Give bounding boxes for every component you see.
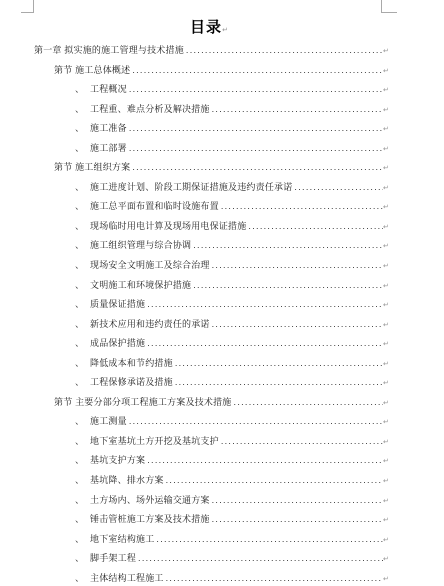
list-bullet: 、 xyxy=(75,256,84,276)
paragraph-mark-icon: ↵ xyxy=(383,198,390,218)
paragraph-mark-icon: ↵ xyxy=(383,570,390,586)
margin-crop-mark-top-right xyxy=(381,12,397,13)
dot-leader: ........................................… xyxy=(138,549,383,569)
dot-leader: ........................................… xyxy=(129,119,383,139)
toc-entry-text: 质量保证措施 xyxy=(90,295,145,315)
toc-entry[interactable]: 、降低成本和节约措施..............................… xyxy=(33,354,390,374)
toc-entry[interactable]: 、地下室结构施工................................… xyxy=(33,530,390,550)
list-bullet: 、 xyxy=(75,354,84,374)
toc-entry[interactable]: 、新技术应用和违约责任的承诺..........................… xyxy=(33,315,390,335)
toc-entry-text: 土方场内、场外运输交通方案 xyxy=(90,491,210,511)
paragraph-mark-icon: ↵ xyxy=(383,374,390,394)
margin-crop-mark-top-left xyxy=(21,12,34,13)
list-bullet: 、 xyxy=(75,100,84,120)
list-bullet: 、 xyxy=(75,236,84,256)
toc-entry[interactable]: 、锤击管桩施工方案及技术措施..........................… xyxy=(33,510,390,530)
list-bullet: 、 xyxy=(75,412,84,432)
paragraph-mark-icon: ↵ xyxy=(383,237,390,257)
paragraph-mark-icon: ↵ xyxy=(383,394,390,414)
dot-leader: ........................................… xyxy=(147,295,383,315)
dot-leader: ........................................… xyxy=(132,158,383,178)
toc-entry[interactable]: 、质量保证措施.................................… xyxy=(33,295,390,315)
dot-leader: ........................................… xyxy=(129,412,383,432)
dot-leader: ........................................… xyxy=(248,217,383,237)
toc-entry[interactable]: 、主体结构工程施工...............................… xyxy=(33,569,390,586)
dot-leader: ........................................… xyxy=(132,61,383,81)
list-bullet: 、 xyxy=(75,315,84,335)
toc-entry-text: 施工进度计划、阶段工期保证措施及违约责任承诺 xyxy=(90,178,292,198)
toc-entry[interactable]: 、施工进度计划、阶段工期保证措施及违约责任承诺.................… xyxy=(33,178,390,198)
list-bullet: 、 xyxy=(75,334,84,354)
toc-entry-text: 施工部署 xyxy=(90,139,127,159)
toc-entry[interactable]: 、工程重、难点分析及解决措施..........................… xyxy=(33,100,390,120)
list-bullet: 、 xyxy=(75,491,84,511)
dot-leader: ........................................… xyxy=(129,139,383,159)
toc-list: 第一章 拟实施的施工管理与技术措施.......................… xyxy=(33,41,390,586)
paragraph-mark-icon: ↵ xyxy=(383,120,390,140)
toc-entry[interactable]: 第节 施工组织方案...............................… xyxy=(33,158,390,178)
dot-leader: ........................................… xyxy=(166,471,383,491)
toc-entry-text: 文明施工和环境保护措施 xyxy=(90,276,191,296)
dot-leader: ........................................… xyxy=(212,491,383,511)
toc-entry-text: 工程概况 xyxy=(90,80,127,100)
toc-entry-text: 成品保护措施 xyxy=(90,334,145,354)
paragraph-mark-icon: ↵ xyxy=(383,433,390,453)
paragraph-mark-icon: ↵ xyxy=(383,101,390,121)
toc-entry-text: 第节 主要分部分项工程施工方案及技术措施 xyxy=(54,393,232,413)
dot-leader: ........................................… xyxy=(175,354,383,374)
list-bullet: 、 xyxy=(75,530,84,550)
paragraph-mark-icon: ↵ xyxy=(383,159,390,179)
toc-entry[interactable]: 、基坑降、排水方案...............................… xyxy=(33,471,390,491)
toc-entry-text: 施工测量 xyxy=(90,412,127,432)
toc-entry[interactable]: 、地下室基坑土方开挖及基坑支护.........................… xyxy=(33,432,390,452)
toc-entry[interactable]: 、工程概况...................................… xyxy=(33,80,390,100)
toc-entry[interactable]: 、土方场内、场外运输交通方案..........................… xyxy=(33,491,390,511)
toc-entry-text: 工程保修承诺及措施 xyxy=(90,373,173,393)
toc-entry-text: 施工组织管理与综合协调 xyxy=(90,236,191,256)
dot-leader: ........................................… xyxy=(129,80,383,100)
toc-entry-text: 地下室结构施工 xyxy=(90,530,154,550)
paragraph-mark-icon: ↵ xyxy=(383,492,390,512)
list-bullet: 、 xyxy=(75,510,84,530)
paragraph-mark-icon: ↵ xyxy=(383,472,390,492)
toc-entry[interactable]: 、文明施工和环境保护措施............................… xyxy=(33,276,390,296)
paragraph-mark-icon: ↵ xyxy=(383,531,390,551)
dot-leader: ........................................… xyxy=(193,276,383,296)
page-title-row: 目录↵ xyxy=(33,19,385,39)
dot-leader: ........................................… xyxy=(193,236,383,256)
toc-entry-text: 锤击管桩施工方案及技术措施 xyxy=(90,510,210,530)
list-bullet: 、 xyxy=(75,276,84,296)
paragraph-mark-icon: ↵ xyxy=(383,62,390,82)
toc-entry-text: 第一章 拟实施的施工管理与技术措施 xyxy=(34,41,184,61)
toc-entry-text: 第节 施工组织方案 xyxy=(54,158,130,178)
paragraph-mark-icon: ↵ xyxy=(222,27,228,34)
list-bullet: 、 xyxy=(75,549,84,569)
paragraph-mark-icon: ↵ xyxy=(383,179,390,199)
list-bullet: 、 xyxy=(75,432,84,452)
toc-entry[interactable]: 、成品保护措施.................................… xyxy=(33,334,390,354)
toc-entry[interactable]: 、施工部署...................................… xyxy=(33,139,390,159)
list-bullet: 、 xyxy=(75,373,84,393)
dot-leader: ........................................… xyxy=(156,530,383,550)
dot-leader: ........................................… xyxy=(175,373,383,393)
list-bullet: 、 xyxy=(75,197,84,217)
paragraph-mark-icon: ↵ xyxy=(383,316,390,336)
list-bullet: 、 xyxy=(75,451,84,471)
list-bullet: 、 xyxy=(75,139,84,159)
paragraph-mark-icon: ↵ xyxy=(383,277,390,297)
dot-leader: ........................................… xyxy=(221,432,383,452)
dot-leader: ........................................… xyxy=(221,197,383,217)
paragraph-mark-icon: ↵ xyxy=(383,218,390,238)
paragraph-mark-icon: ↵ xyxy=(383,550,390,570)
toc-entry-text: 现场临时用电计算及现场用电保证措施 xyxy=(90,217,246,237)
paragraph-mark-icon: ↵ xyxy=(383,81,390,101)
list-bullet: 、 xyxy=(75,295,84,315)
paragraph-mark-icon: ↵ xyxy=(383,355,390,375)
dot-leader: ........................................… xyxy=(212,315,383,335)
dot-leader: ........................................… xyxy=(166,569,383,586)
toc-entry[interactable]: 第节 主要分部分项工程施工方案及技术措施....................… xyxy=(33,393,390,413)
dot-leader: ........................................… xyxy=(234,393,383,413)
toc-entry[interactable]: 第一章 拟实施的施工管理与技术措施.......................… xyxy=(33,41,390,61)
list-bullet: 、 xyxy=(75,217,84,237)
toc-entry[interactable]: 、工程保修承诺及措施..............................… xyxy=(33,373,390,393)
toc-entry[interactable]: 第节 施工总体概述...............................… xyxy=(33,61,390,81)
toc-entry-text: 主体结构工程施工 xyxy=(90,569,164,586)
margin-crop-mark-top-left xyxy=(33,0,34,12)
dot-leader: ........................................… xyxy=(147,334,383,354)
toc-entry[interactable]: 、现场临时用电计算及现场用电保证措施......................… xyxy=(33,217,390,237)
toc-entry-text: 施工总平面布置和临时设施布置 xyxy=(90,197,219,217)
toc-entry[interactable]: 、施工组织管理与综合协调............................… xyxy=(33,236,390,256)
dot-leader: ........................................… xyxy=(147,451,383,471)
list-bullet: 、 xyxy=(75,569,84,586)
list-bullet: 、 xyxy=(75,119,84,139)
toc-entry-text: 工程重、难点分析及解决措施 xyxy=(90,100,210,120)
paragraph-mark-icon: ↵ xyxy=(383,140,390,160)
list-bullet: 、 xyxy=(75,471,84,491)
paragraph-mark-icon: ↵ xyxy=(383,42,390,62)
page-title: 目录 xyxy=(190,19,222,36)
toc-entry-text: 基坑支护方案 xyxy=(90,451,145,471)
toc-entry-text: 地下室基坑土方开挖及基坑支护 xyxy=(90,432,219,452)
dot-leader: ........................................… xyxy=(212,100,383,120)
document-page: 目录↵ 第一章 拟实施的施工管理与技术措施...................… xyxy=(0,0,444,586)
toc-entry-text: 第节 施工总体概述 xyxy=(54,61,130,81)
paragraph-mark-icon: ↵ xyxy=(383,511,390,531)
toc-entry[interactable]: 、现场安全文明施工及综合治理..........................… xyxy=(33,256,390,276)
toc-entry-text: 现场安全文明施工及综合治理 xyxy=(90,256,210,276)
list-bullet: 、 xyxy=(75,80,84,100)
toc-entry[interactable]: 、脚手架工程..................................… xyxy=(33,549,390,569)
toc-entry-text: 降低成本和节约措施 xyxy=(90,354,173,374)
toc-entry-text: 施工准备 xyxy=(90,119,127,139)
dot-leader: ........................................… xyxy=(212,256,383,276)
dot-leader: ........................................… xyxy=(186,41,383,61)
toc-entry-text: 脚手架工程 xyxy=(90,549,136,569)
toc-entry[interactable]: 、施工总平面布置和临时设施布置.........................… xyxy=(33,197,390,217)
dot-leader: ........................................… xyxy=(212,510,383,530)
paragraph-mark-icon: ↵ xyxy=(383,335,390,355)
paragraph-mark-icon: ↵ xyxy=(383,296,390,316)
toc-entry-text: 基坑降、排水方案 xyxy=(90,471,164,491)
toc-entry[interactable]: 、施工测量...................................… xyxy=(33,412,390,432)
paragraph-mark-icon: ↵ xyxy=(383,257,390,277)
toc-entry[interactable]: 、基坑支护方案.................................… xyxy=(33,451,390,471)
margin-crop-mark-top-right xyxy=(381,0,382,12)
paragraph-mark-icon: ↵ xyxy=(383,413,390,433)
dot-leader: ........................................… xyxy=(294,178,383,198)
paragraph-mark-icon: ↵ xyxy=(383,452,390,472)
list-bullet: 、 xyxy=(75,178,84,198)
toc-entry[interactable]: 、施工准备...................................… xyxy=(33,119,390,139)
toc-entry-text: 新技术应用和违约责任的承诺 xyxy=(90,315,210,335)
